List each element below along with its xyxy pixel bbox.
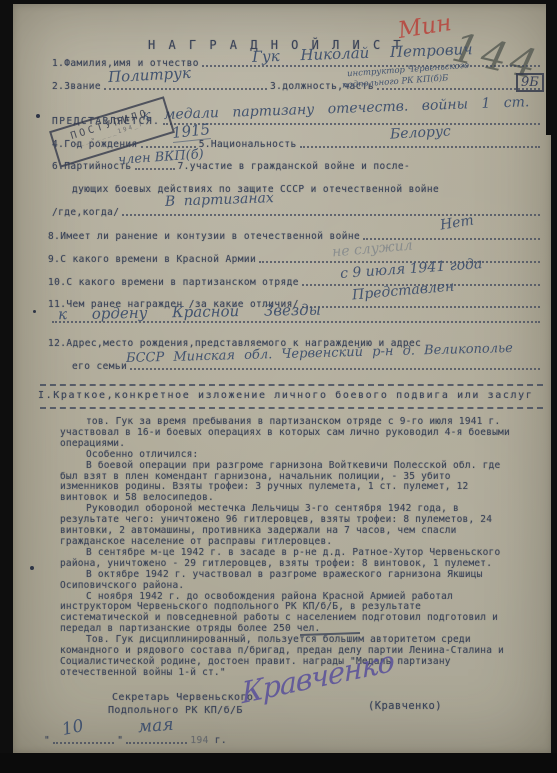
field-address-label-line2: его семьи: [72, 361, 127, 372]
field-nationality-value: Белорус: [390, 123, 452, 142]
date-year-suffix: г.: [215, 735, 227, 746]
citation-paragraph: В сентябре м-це 1942 г. в засаде в р-не …: [60, 548, 514, 570]
date-year-typed: 194: [190, 735, 208, 746]
ink-mark: [33, 310, 36, 313]
citation-paragraph: тов. Гук за время пребывания в партизанс…: [60, 417, 514, 450]
field-wounds-label: 8.Имеет ли ранение и контузии в отечеств…: [48, 231, 360, 242]
field-birthyear-label: 4.Год рождения: [52, 139, 138, 150]
field-nationality-label: 5.Национальность: [199, 139, 297, 150]
dotted-leader: [53, 742, 114, 744]
signer-title-line1: Секретарь Червеньского: [112, 692, 253, 703]
signer-name-typed: (Кравченко): [368, 700, 442, 712]
field-warservice-label-line1: 7.участие в гражданской войне и после-: [178, 161, 411, 172]
date-quote-open: ": [44, 735, 50, 746]
dotted-leader: [377, 88, 540, 90]
red-pencil-note: Мин: [396, 10, 453, 44]
field-partisan-since-label: 10.С какого времени в партизанском отряд…: [48, 277, 299, 288]
ink-mark: [36, 114, 40, 118]
citation-paragraph: Руководил обороной местечка Лельчицы 3-г…: [60, 504, 514, 548]
dotted-leader: [104, 88, 267, 90]
scanned-award-document: Мин 144 9Б Н А Г Р А Д Н О Й Л И С Т 1.Ф…: [0, 0, 557, 773]
ink-mark: [30, 566, 34, 570]
dotted-leader: [122, 214, 540, 216]
citation-paragraph: Особенно отличился:: [60, 450, 514, 461]
field-warservice-label-line3: /где,когда/: [52, 207, 119, 218]
dotted-leader: [130, 368, 540, 370]
field-rank-label: 2.Звание: [52, 81, 101, 92]
dotted-leader: [302, 306, 540, 308]
field-birthyear-value: 1915: [171, 120, 211, 143]
section-header: I.Краткое,конкретное изложение личного б…: [38, 390, 533, 401]
dotted-leader: [126, 742, 187, 744]
dashed-separator-bottom: [40, 407, 543, 409]
citation-body: тов. Гук за время пребывания в партизанс…: [60, 417, 514, 679]
field-redarmy-label: 9.С какого времени в Красной Армии: [48, 254, 256, 265]
date-month-handwritten: мая: [137, 715, 174, 737]
dotted-leader: [300, 146, 540, 148]
dashed-separator-top: [40, 384, 543, 386]
citation-paragraph: В боевой операции при разгроме гарнизона…: [60, 461, 514, 505]
dotted-leader: [135, 168, 175, 170]
citation-paragraph: С ноября 1942 г. до освобождения района …: [60, 592, 514, 636]
signer-title-line2: Подпольного РК КП/б/Б: [108, 705, 243, 716]
field-prior-awards-value-line2: к ордену Красной Звезды: [58, 301, 321, 324]
date-quote-close: ": [117, 735, 123, 746]
dotted-leader: [163, 123, 540, 125]
citation-paragraph: В октябре 1942 г. участвовал в разгроме …: [60, 570, 514, 592]
